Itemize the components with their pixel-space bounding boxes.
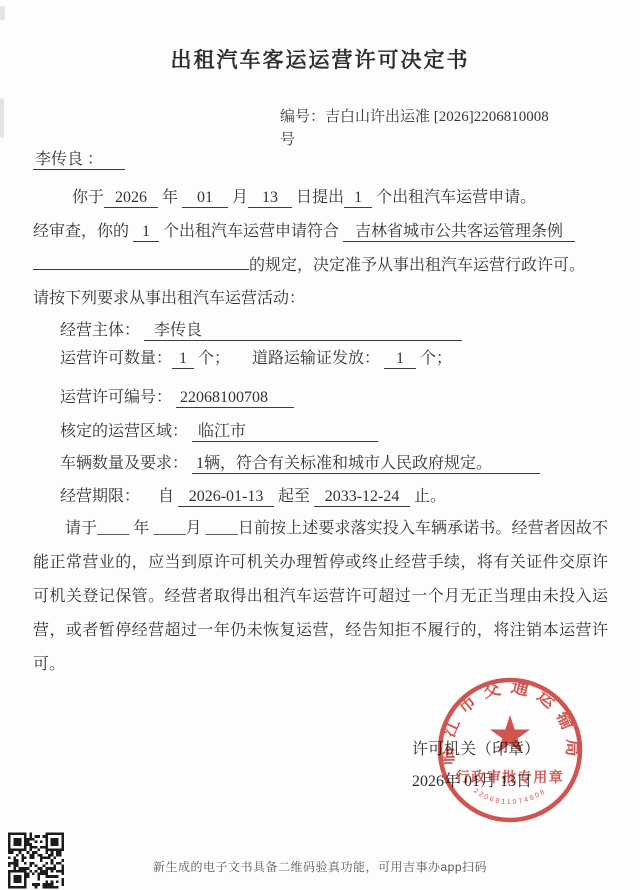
intro-text: 的规定，决定准予从事出租汽车运营行政许可。 <box>249 257 585 274</box>
addressee-name: 李传良 ： <box>33 150 125 170</box>
apply-year-value: 2026 <box>104 188 158 208</box>
intro-text: 日提出 <box>296 189 344 206</box>
requirements-intro-line: 请按下列要求从事出租汽车运营活动： <box>33 285 305 308</box>
term-start-value: 2026-01-13 <box>178 487 274 507</box>
permit-count-label: 运营许可数量： <box>60 350 172 367</box>
svg-text:2206811074808: 2206811074808 <box>472 788 548 807</box>
term-tail-text: 止。 <box>414 488 446 505</box>
intro-text: 个出租汽车运营申请符合 <box>163 223 339 240</box>
permit-number-value: 22068100708 <box>176 388 294 408</box>
intro-line-3: 的规定，决定准予从事出租汽车运营行政许可。 <box>33 252 585 275</box>
seal-star-icon <box>490 715 530 753</box>
intro-line-2: 经审查，你的 1 个出租汽车运营申请符合 吉林省城市公共客运管理条例 <box>33 218 575 242</box>
intro-text: 经审查，你的 <box>33 223 129 240</box>
intro-text: 你于 <box>72 189 104 206</box>
vehicle-requirement-line: 车辆数量及要求： 1辆，符合有关标准和城市人民政府规定。 <box>60 450 540 474</box>
operator-label: 经营主体： <box>60 322 140 339</box>
qr-code <box>8 831 64 890</box>
document-title: 出租汽车客运运营许可决定书 <box>0 44 640 74</box>
official-seal: 临江市交通运输局 行政审批专用章 2206811074808 <box>434 674 586 826</box>
regulation-blank <box>33 253 249 270</box>
vehicle-requirement-label: 车辆数量及要求： <box>60 455 188 472</box>
regulation-value: 吉林省城市公共客运管理条例 <box>343 222 575 242</box>
footer-note: 新生成的电子文书具备二维码验真功能，可用吉事办app扫码 <box>0 858 640 875</box>
permit-number-label: 运营许可编号： <box>60 389 172 406</box>
operator-value: 李传良 <box>144 321 462 341</box>
addressee-line: 李传良 ： <box>33 150 125 170</box>
permit-number-line: 运营许可编号： 22068100708 <box>60 384 294 408</box>
permit-count-unit: 个； <box>198 350 230 367</box>
intro-text: 月 <box>232 189 248 206</box>
permit-count-value: 1 <box>172 349 194 369</box>
doc-number-line2: 号 <box>280 132 295 148</box>
intro-text: 请按下列要求从事出租汽车运营活动： <box>33 290 305 307</box>
scan-smudge <box>0 98 4 138</box>
apply-count-value: 1 <box>344 188 372 208</box>
term-end-value: 2033-12-24 <box>314 487 410 507</box>
cert-count-value: 1 <box>384 349 416 369</box>
vehicle-requirement-value: 1辆，符合有关标准和城市人民政府规定。 <box>192 454 540 474</box>
review-count-value: 1 <box>133 222 159 242</box>
operation-area-label: 核定的运营区域： <box>60 423 188 440</box>
term-from-text: 自 <box>158 488 174 505</box>
seal-code-text: 2206811074808 <box>472 788 548 807</box>
operation-area-value: 临江市 <box>192 422 378 442</box>
permit-count-line: 运营许可数量：1 个； 道路运输证发放： 1 个； <box>60 345 452 369</box>
permit-document-page: 出租汽车客运运营许可决定书 编号：吉白山许出运准 [2026]220681000… <box>0 0 640 890</box>
intro-text: 年 <box>162 189 178 206</box>
cert-label: 道路运输证发放： <box>252 350 380 367</box>
closing-paragraph: 请于____ 年 ____月 ____日前按上述要求落实投入车辆承诺书。经营者因… <box>33 512 608 682</box>
apply-day-value: 13 <box>248 188 292 208</box>
operator-line: 经营主体： 李传良 <box>60 317 462 341</box>
term-mid-text: 起至 <box>278 488 310 505</box>
doc-number-line1: 编号：吉白山许出运准 [2026]2206810008 <box>280 109 549 125</box>
apply-month-value: 01 <box>182 188 228 208</box>
term-label: 经营期限： <box>60 488 140 505</box>
term-line: 经营期限： 自 2026-01-13 起至 2033-12-24 止。 <box>60 483 446 507</box>
doc-number: 编号：吉白山许出运准 [2026]2206810008 号 <box>280 106 620 152</box>
cert-unit: 个； <box>420 350 452 367</box>
intro-text: 个出租汽车运营申请。 <box>376 189 536 206</box>
scan-smudge <box>0 6 5 20</box>
operation-area-line: 核定的运营区域： 临江市 <box>60 418 378 442</box>
intro-line-1: 你于2026 年 01 月13 日提出1 个出租汽车运营申请。 <box>72 184 536 208</box>
seal-type-text: 行政审批专用章 <box>456 769 565 786</box>
